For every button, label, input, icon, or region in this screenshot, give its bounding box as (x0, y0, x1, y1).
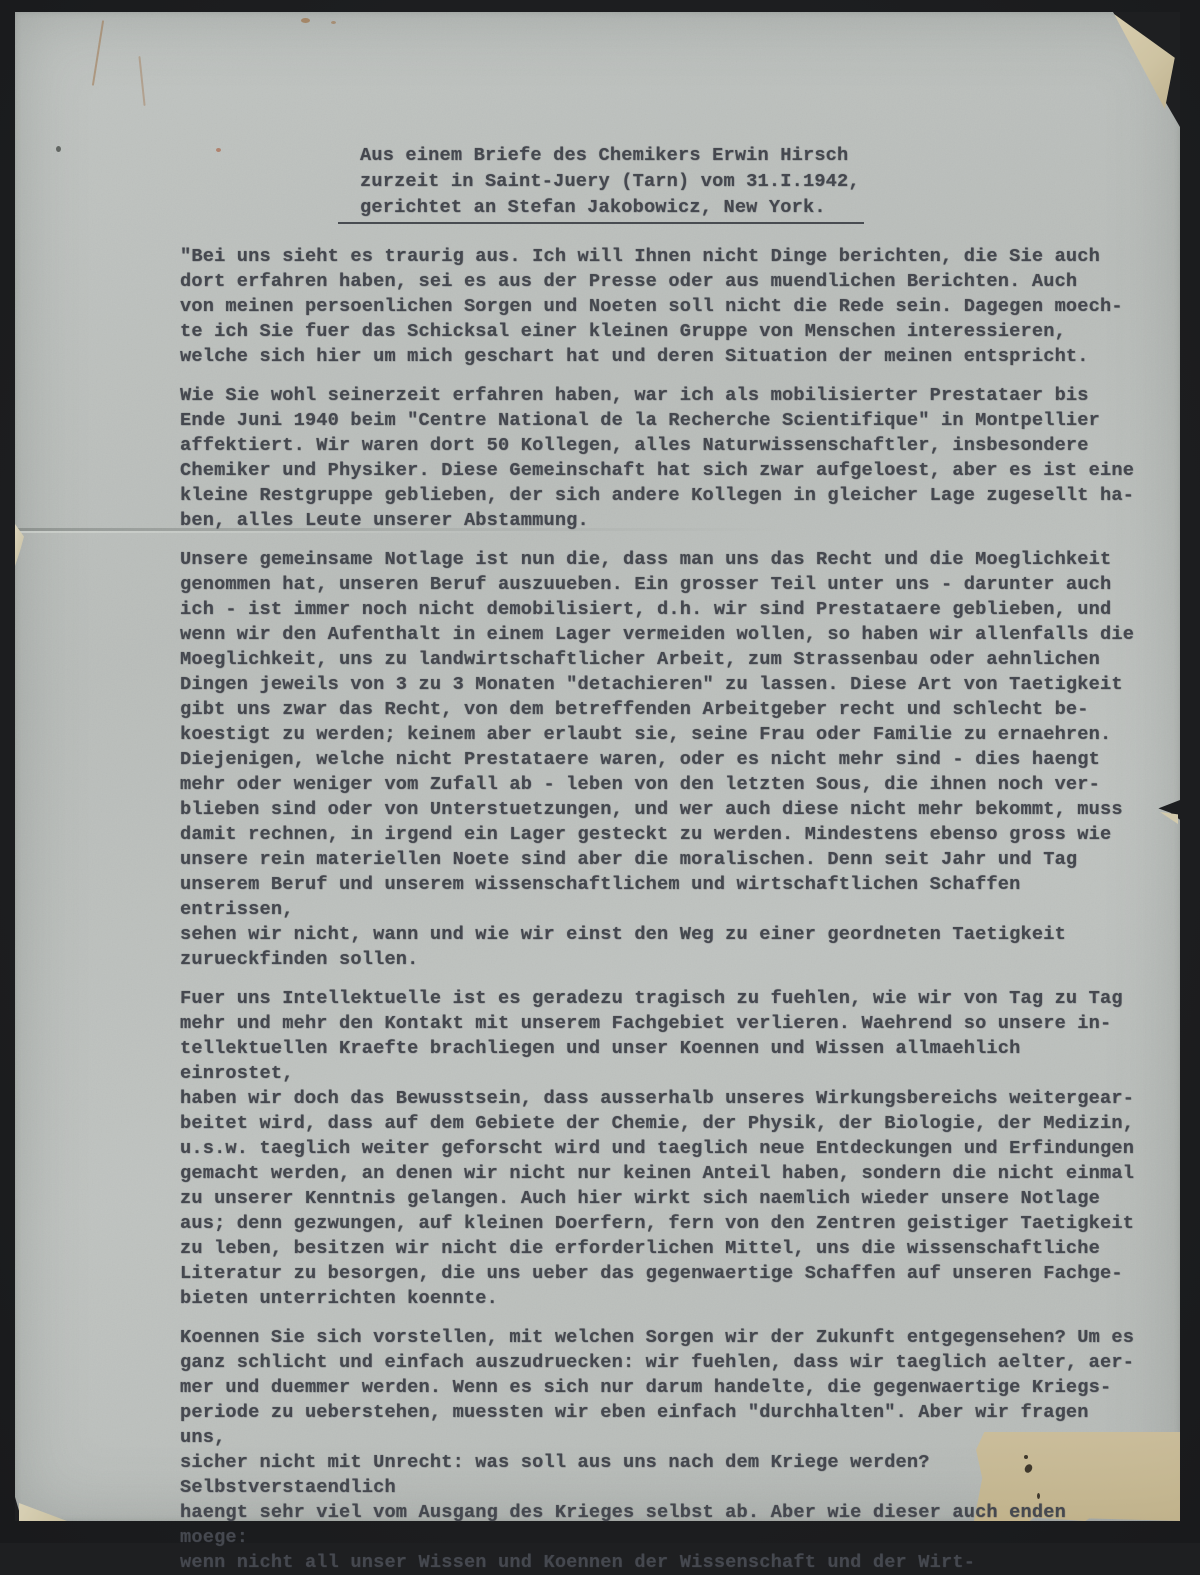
paragraph-4: Fuer uns Intellektuelle ist es geradezu … (180, 986, 1140, 1311)
paragraph-5: Koennen Sie sich vorstellen, mit welchen… (180, 1325, 1140, 1543)
heading-line-2: zurzeit in Saint-Juery (Tarn) vom 31.I.1… (360, 169, 1140, 195)
letter-page: Aus einem Briefe des Chemikers Erwin Hir… (15, 12, 1180, 1521)
heading-line-1: Aus einem Briefe des Chemikers Erwin Hir… (360, 143, 1140, 169)
heading-line-3: gerichtet an Stefan Jakobowicz, New York… (338, 195, 864, 224)
letter-heading: Aus einem Briefe des Chemikers Erwin Hir… (360, 143, 1140, 224)
paragraph-1: "Bei uns sieht es traurig aus. Ich will … (180, 244, 1140, 369)
letter-content: Aus einem Briefe des Chemikers Erwin Hir… (15, 12, 1180, 1521)
paragraph-2: Wie Sie wohl seinerzeit erfahren haben, … (180, 383, 1140, 533)
paragraph-3: Unsere gemeinsame Notlage ist nun die, d… (180, 547, 1140, 972)
